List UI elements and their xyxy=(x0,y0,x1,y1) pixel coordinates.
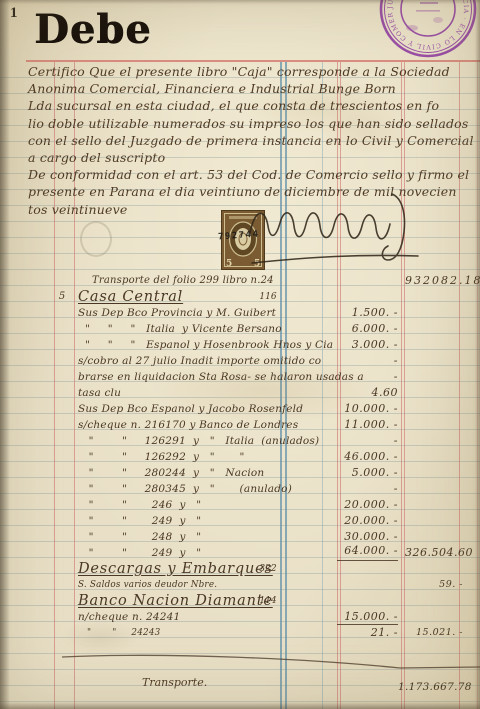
revenue-stamp-value-left: 5 xyxy=(226,259,232,269)
transport-label: Transporte. xyxy=(142,676,207,689)
row-description: " " 24243 xyxy=(78,625,160,641)
row-description: " " 126292 y " " xyxy=(78,449,245,465)
row-amount: 6.000. - xyxy=(337,321,398,337)
ledger-rows: Transporte del folio 299 libro n.24 9320… xyxy=(0,0,480,709)
row-description: " " 280345 y " (anulado) xyxy=(78,481,292,497)
row-amount: 20.000. - xyxy=(337,513,398,529)
row-amount: 5.000. - xyxy=(337,465,398,481)
ledger-row: " " " Italia y Vicente Bersano 6.000. - xyxy=(0,321,480,337)
ledger-row: 5 Casa Central 116 xyxy=(0,289,480,305)
row-description: " " 246 y " xyxy=(78,497,201,513)
row-description: Descargas y Embarques xyxy=(78,561,273,577)
ledger-row: Transporte del folio 299 libro n.24 9320… xyxy=(0,273,480,289)
row-description: Sus Dep Bco Provincia y M. Guibert xyxy=(78,305,276,321)
ledger-row: brarse en liquidacion Sta Rosa- se halar… xyxy=(0,369,480,385)
row-description: n/cheque n. 24241 xyxy=(78,609,180,625)
page-edge-right xyxy=(475,0,480,709)
row-amount: - xyxy=(337,369,398,385)
row-description: tasa clu xyxy=(78,385,121,401)
row-total: 932082.18 xyxy=(405,273,463,289)
row-description: s/cheque n. 216170 y Banco de Londres xyxy=(78,417,298,433)
row-amount: 64.000. - xyxy=(337,543,398,561)
row-amount: 3.000. - xyxy=(337,337,398,353)
row-folio: 116 xyxy=(256,289,280,305)
row-amount: 10.000. - xyxy=(337,401,398,417)
row-amount: - xyxy=(337,481,398,497)
row-amount: 15.000. - xyxy=(337,609,398,625)
ledger-row: s/cobro al 27 julio Inadit importe omiti… xyxy=(0,353,480,369)
ledger-row: " " 249 y " 64.000. - 326.504.60 xyxy=(0,545,480,561)
row-amount: 46.000. - xyxy=(337,449,398,465)
row-description: " " 249 y " xyxy=(78,545,201,561)
row-description: " " 280244 y " Nacion xyxy=(78,465,264,481)
court-stamp-icon: JUZGADO DE 1a INSTANCIA · EN LO CIVIL Y … xyxy=(372,0,480,66)
ledger-row: Descargas y Embarques 322 xyxy=(0,561,480,577)
ledger-row: " " 280345 y " (anulado) - xyxy=(0,481,480,497)
row-amount: 21. - xyxy=(337,624,398,641)
ledger-row: " " 126291 y " Italia (anulados) - xyxy=(0,433,480,449)
row-description: brarse en liquidacion Sta Rosa- se halar… xyxy=(78,369,364,385)
ledger-row: tasa clu 4.60 xyxy=(0,385,480,401)
row-folio: 114 xyxy=(256,593,280,609)
row-amount: 1.500. - xyxy=(337,305,398,321)
row-description: Transporte del folio 299 libro n.24 xyxy=(92,273,274,289)
page-edge-top xyxy=(0,0,480,4)
row-description: " " 249 y " xyxy=(78,513,201,529)
row-amount: 20.000. - xyxy=(337,497,398,513)
row-amount: - xyxy=(337,433,398,449)
row-total: 326.504.60 xyxy=(405,545,463,561)
ledger-row: " " 248 y " 30.000. - xyxy=(0,529,480,545)
ledger-row: " " 246 y " 20.000. - xyxy=(0,497,480,513)
transport-total: 1.173.667.78 xyxy=(398,681,466,693)
row-description: Sus Dep Bco Espanol y Jacobo Rosenfeld xyxy=(78,401,303,417)
ledger-row: S. Saldos varios deudor Nbre. 59. - xyxy=(0,577,480,593)
ledger-row: Banco Nacion Diamante 114 xyxy=(0,593,480,609)
row-amount: 4.60 xyxy=(337,385,398,401)
row-number: 5 xyxy=(53,289,71,305)
row-description: " " 248 y " xyxy=(78,529,201,545)
row-description: Casa Central xyxy=(78,289,183,305)
ledger-row: Sus Dep Bco Espanol y Jacobo Rosenfeld 1… xyxy=(0,401,480,417)
ledger-row: " " 249 y " 20.000. - xyxy=(0,513,480,529)
ledger-row: s/cheque n. 216170 y Banco de Londres 11… xyxy=(0,417,480,433)
ledger-row: " " 126292 y " " 46.000. - xyxy=(0,449,480,465)
ledger-page: 1 Debe JUZGADO DE 1a INSTANCIA · EN LO C… xyxy=(0,0,480,709)
ledger-row: n/cheque n. 24241 15.000. - xyxy=(0,609,480,625)
page-edge-left xyxy=(0,0,10,709)
signature xyxy=(240,188,440,273)
row-description: " " " Italia y Vicente Bersano xyxy=(78,321,282,337)
ledger-row: " " 280244 y " Nacion 5.000. - xyxy=(0,465,480,481)
row-description: S. Saldos varios deudor Nbre. xyxy=(78,577,217,593)
row-description: s/cobro al 27 julio Inadit importe omiti… xyxy=(78,353,321,369)
row-total: 15.021. - xyxy=(405,625,463,641)
row-description: " " 126291 y " Italia (anulados) xyxy=(78,433,319,449)
row-description: Banco Nacion Diamante xyxy=(78,593,273,609)
page-edge-bottom xyxy=(0,702,480,709)
row-amount: - xyxy=(337,353,398,369)
row-description: " " " Espanol y Hosenbrook Hnos y Cia xyxy=(78,337,333,353)
row-total: 59. - xyxy=(405,577,463,593)
ledger-row: " " " Espanol y Hosenbrook Hnos y Cia 3.… xyxy=(0,337,480,353)
ledger-row: " " 24243 21. - 15.021. - xyxy=(0,625,480,641)
ledger-row: Sus Dep Bco Provincia y M. Guibert 1.500… xyxy=(0,305,480,321)
row-folio: 322 xyxy=(256,561,280,577)
row-amount: 11.000. - xyxy=(337,417,398,433)
